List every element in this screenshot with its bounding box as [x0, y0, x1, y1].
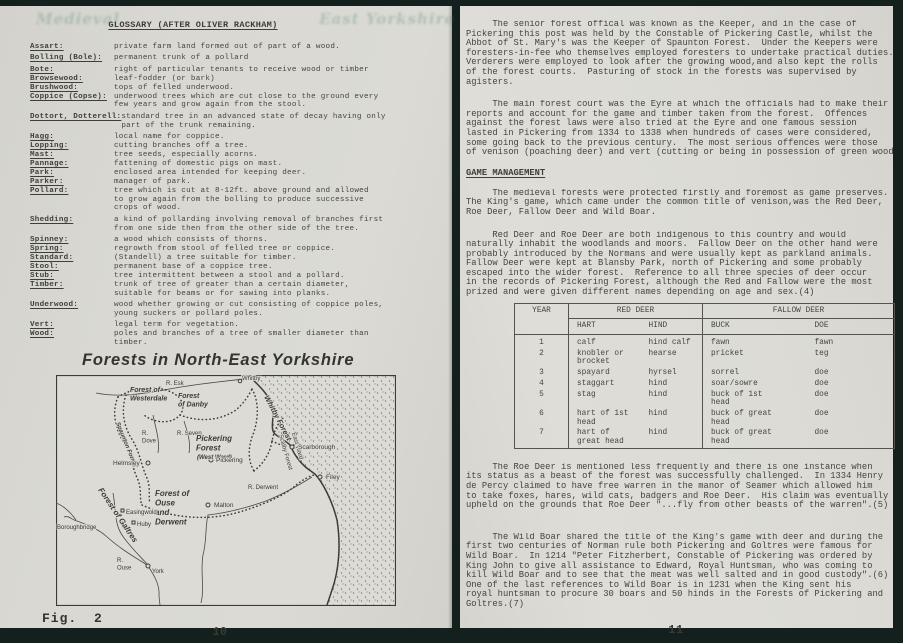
table-cell-year: 2 — [515, 349, 569, 368]
table-cell-doe: doe — [807, 409, 895, 428]
paragraph: Red Deer and Roe Deer are both indigenou… — [466, 231, 893, 298]
glossary-term: Spring: — [30, 245, 114, 254]
glossary-row: Timber:trunk of tree of greater than a c… — [30, 281, 452, 299]
paragraph: The main forest court was the Eyre at wh… — [466, 100, 893, 158]
glossary-term: Pollard: — [30, 187, 114, 196]
glossary-definition: right of particular tenants to receive w… — [114, 66, 369, 75]
glossary-definition: leaf-fodder (or bark) — [114, 75, 215, 84]
map-label: R. Derwent — [248, 485, 278, 491]
glossary-definition: tops of felled underwood. — [114, 84, 234, 93]
glossary-row: Browsewood:leaf-fodder (or bark) — [30, 75, 452, 84]
table-row: 3spayardhyrselsorreldoe — [515, 368, 895, 379]
glossary-term: Wood: — [30, 330, 114, 339]
map-label: Easingwold — [126, 510, 157, 516]
glossary-row: Mast:tree seeds, especially acorns. — [30, 151, 452, 160]
glossary-row: Brushwood:tops of felled underwood. — [30, 84, 452, 93]
glossary-row: Dottort, Dotterell:standard tree in an a… — [30, 113, 452, 131]
glossary-row: Spinney:a wood which consists of thorns. — [30, 236, 452, 245]
book-spread: Medieval East Yorkshire GLOSSARY (AFTER … — [0, 6, 893, 628]
figure-caption: Fig. 2 — [42, 611, 452, 626]
glossary-definition: regrowth from stool of felled tree or co… — [114, 245, 335, 254]
table-cell-hart: hart of great head — [569, 428, 641, 448]
glossary-definition: permanent trunk of a pollard — [114, 54, 249, 63]
glossary-term: Bote: — [30, 66, 114, 75]
glossary-row: Pannage:fattening of domestic pigs on ma… — [30, 160, 452, 169]
glossary-term: Park: — [30, 169, 114, 178]
table-cell-hart: hart of 1st head — [569, 409, 641, 428]
table-row: 6hart of 1st headhindbuck of great headd… — [515, 409, 895, 428]
paragraphs-top: The senior forest offical was known as t… — [466, 20, 893, 158]
glossary-term: Pannage: — [30, 160, 114, 169]
glossary-definition: legal term for vegetation. — [114, 321, 239, 330]
glossary-definition: enclosed area intended for keeping deer. — [114, 169, 306, 178]
table-cell-hart: knobler or brocket — [569, 349, 641, 368]
table-cell-hind: hyrsel — [641, 368, 703, 379]
table-cell-hart: stag — [569, 390, 641, 409]
paragraphs-bottom: The Roe Deer is mentioned less frequentl… — [466, 463, 893, 610]
fallow-deer-header: FALLOW DEER — [703, 303, 895, 319]
glossary-row: Standard:(Standell) a tree suitable for … — [30, 254, 452, 263]
table-row: 5staghindbuck of 1st headdoe — [515, 390, 895, 409]
glossary-row: Pollard:tree which is cut at 8-12ft. abo… — [30, 187, 452, 214]
map-label: Pickering — [216, 457, 243, 464]
glossary-definition: fattening of domestic pigs on mast. — [114, 160, 282, 169]
glossary-term: Browsewood: — [30, 75, 114, 84]
table-cell-year: 7 — [515, 428, 569, 448]
glossary-definition: cutting branches off a tree. — [114, 142, 249, 151]
map-label: Filey — [326, 474, 340, 481]
paragraphs-mid: The medieval forests were protected firs… — [466, 189, 893, 298]
glossary-term: Vert: — [30, 321, 114, 330]
page-number-left: 10 — [30, 626, 410, 639]
glossary-definition: a wood which consists of thorns. — [114, 236, 268, 245]
table-cell-hind: hearse — [641, 349, 703, 368]
table-cell-doe: doe — [807, 368, 895, 379]
glossary-term: Dottort, Dotterell: — [30, 113, 121, 122]
glossary-row: Shedding:a kind of pollarding involving … — [30, 216, 452, 234]
table-cell-doe: doe — [807, 390, 895, 409]
table-cell-year: 3 — [515, 368, 569, 379]
glossary-term: Bolling (Bole): — [30, 54, 114, 63]
glossary-definition: a kind of pollarding involving removal o… — [114, 216, 383, 234]
hart-header: HART — [569, 319, 641, 335]
map-label: Huby — [137, 522, 151, 528]
table-cell-doe: doe — [807, 379, 895, 390]
table-cell-doe: fawn — [807, 335, 895, 349]
glossary-row: Assart:private farm land formed out of p… — [30, 43, 452, 52]
book-scan: { "left_page": { "ghost_text": "Medieval… — [0, 0, 903, 643]
map-label: R. Esk — [166, 381, 185, 387]
table-cell-hart: staggart — [569, 379, 641, 390]
glossary-term: Underwood: — [30, 301, 114, 310]
page-number-right: 11 — [466, 623, 886, 637]
table-cell-hind: hind calf — [641, 335, 703, 349]
glossary-row: Bote:right of particular tenants to rece… — [30, 66, 452, 75]
map-label: Malton — [214, 502, 234, 509]
glossary-term: Stub: — [30, 272, 114, 281]
glossary-row: Underwood:wood whether growing or cut co… — [30, 301, 452, 319]
glossary-heading: GLOSSARY (AFTER OLIVER RACKHAM) — [30, 20, 356, 30]
map-label: Whitby — [242, 376, 260, 382]
hind-header: HIND — [641, 319, 703, 335]
doe-header: DOE — [807, 319, 895, 335]
glossary-term: Spinney: — [30, 236, 114, 245]
table-cell-buck: sorrel — [703, 368, 807, 379]
map-label: Boroughbridge — [57, 525, 97, 531]
glossary-definition: tree which is cut at 8-12ft. above groun… — [114, 187, 369, 214]
paragraph: The Wild Boar shared the title of the Ki… — [466, 533, 893, 610]
glossary-definition: private farm land formed out of part of … — [114, 43, 340, 52]
map-title: Forests in North-East Yorkshire — [82, 351, 452, 370]
glossary-term: Hagg: — [30, 133, 114, 142]
table-cell-buck: buck of 1st head — [703, 390, 807, 409]
glossary-row: Lopping:cutting branches off a tree. — [30, 142, 452, 151]
map-label: Helmsley — [113, 460, 140, 467]
table-cell-hind: hind — [641, 390, 703, 409]
glossary-row: Coppice (Copse):underwood trees which ar… — [30, 93, 452, 111]
page-right: The senior forest offical was known as t… — [460, 6, 893, 628]
table-cell-doe: teg — [807, 349, 895, 368]
map-figure: WhitbyR. EskForest ofWesterdaleForestof … — [56, 375, 396, 606]
glossary-row: Park:enclosed area intended for keeping … — [30, 169, 452, 178]
table-cell-hind: hind — [641, 428, 703, 448]
table-cell-hart: spayard — [569, 368, 641, 379]
red-deer-header: RED DEER — [569, 303, 703, 319]
glossary-term: Brushwood: — [30, 84, 114, 93]
table-cell-hart: calf — [569, 335, 641, 349]
glossary-row: Stub:tree intermittent between a stool a… — [30, 272, 452, 281]
glossary-term: Timber: — [30, 281, 114, 290]
year-header: YEAR — [515, 303, 569, 334]
glossary-definition: (Standell) a tree suitable for timber. — [114, 254, 297, 263]
forest-map: WhitbyR. EskForest ofWesterdaleForestof … — [56, 375, 396, 606]
table-cell-buck: pricket — [703, 349, 807, 368]
table-cell-buck: buck of great head — [703, 409, 807, 428]
buck-header: BUCK — [703, 319, 807, 335]
table-cell-buck: buck of great head — [703, 428, 807, 448]
glossary-definition: standard tree in an advanced state of de… — [121, 113, 385, 131]
paragraph: The senior forest offical was known as t… — [466, 20, 893, 87]
glossary-definition: tree seeds, especially acorns. — [114, 151, 258, 160]
deer-names-table: YEAR RED DEER FALLOW DEER HART HIND BUCK… — [514, 303, 895, 449]
table-row: 7hart of great headhindbuck of great hea… — [515, 428, 895, 448]
table-row: 1calfhind calffawnfawn — [515, 335, 895, 349]
glossary-row: Stool:permanent base of a coppice tree. — [30, 263, 452, 272]
glossary-row: Vert:legal term for vegetation. — [30, 321, 452, 330]
glossary-term: Assart: — [30, 43, 114, 52]
paragraph: The medieval forests were protected firs… — [466, 189, 893, 218]
table-cell-year: 1 — [515, 335, 569, 349]
map-label: Scarborough — [298, 444, 336, 451]
table-cell-year: 6 — [515, 409, 569, 428]
table-cell-hind: hind — [641, 409, 703, 428]
section-heading: GAME MANAGEMENT — [466, 168, 893, 178]
glossary-definition: trunk of tree of greater than a certain … — [114, 281, 350, 299]
glossary-term: Stool: — [30, 263, 114, 272]
glossary-row: Bolling (Bole):permanent trunk of a poll… — [30, 54, 452, 63]
table-cell-year: 4 — [515, 379, 569, 390]
glossary-term: Parker: — [30, 178, 114, 187]
glossary-term: Lopping: — [30, 142, 114, 151]
table-cell-buck: fawn — [703, 335, 807, 349]
glossary-term: Coppice (Copse): — [30, 93, 114, 102]
glossary-row: Hagg:local name for coppice. — [30, 133, 452, 142]
map-label: York — [152, 569, 165, 575]
glossary-row: Spring:regrowth from stool of felled tre… — [30, 245, 452, 254]
glossary-row: Wood:poles and branches of a tree of sma… — [30, 330, 452, 348]
glossary-definition: wood whether growing or cut consisting o… — [114, 301, 383, 319]
table-cell-hind: hind — [641, 379, 703, 390]
table-row: 4staggarthindsoar/sowredoe — [515, 379, 895, 390]
glossary-definition: underwood trees which are cut close to t… — [114, 93, 378, 111]
glossary-term: Standard: — [30, 254, 114, 263]
glossary-definition: local name for coppice. — [114, 133, 225, 142]
page-left: Medieval East Yorkshire GLOSSARY (AFTER … — [0, 6, 452, 628]
glossary-definition: permanent base of a coppice tree. — [114, 263, 273, 272]
glossary-list: Assart:private farm land formed out of p… — [30, 43, 452, 348]
glossary-definition: manager of park. — [114, 178, 191, 187]
glossary-term: Shedding: — [30, 216, 114, 225]
table-cell-year: 5 — [515, 390, 569, 409]
table-row: 2knobler or brockethearsepricketteg — [515, 349, 895, 368]
table-cell-buck: soar/sowre — [703, 379, 807, 390]
glossary-row: Parker:manager of park. — [30, 178, 452, 187]
paragraph: The Roe Deer is mentioned less frequentl… — [466, 463, 893, 511]
glossary-term: Mast: — [30, 151, 114, 160]
glossary-definition: tree intermittent between a stool and a … — [114, 272, 345, 281]
table-cell-doe: doe — [807, 428, 895, 448]
glossary-definition: poles and branches of a tree of smaller … — [114, 330, 369, 348]
